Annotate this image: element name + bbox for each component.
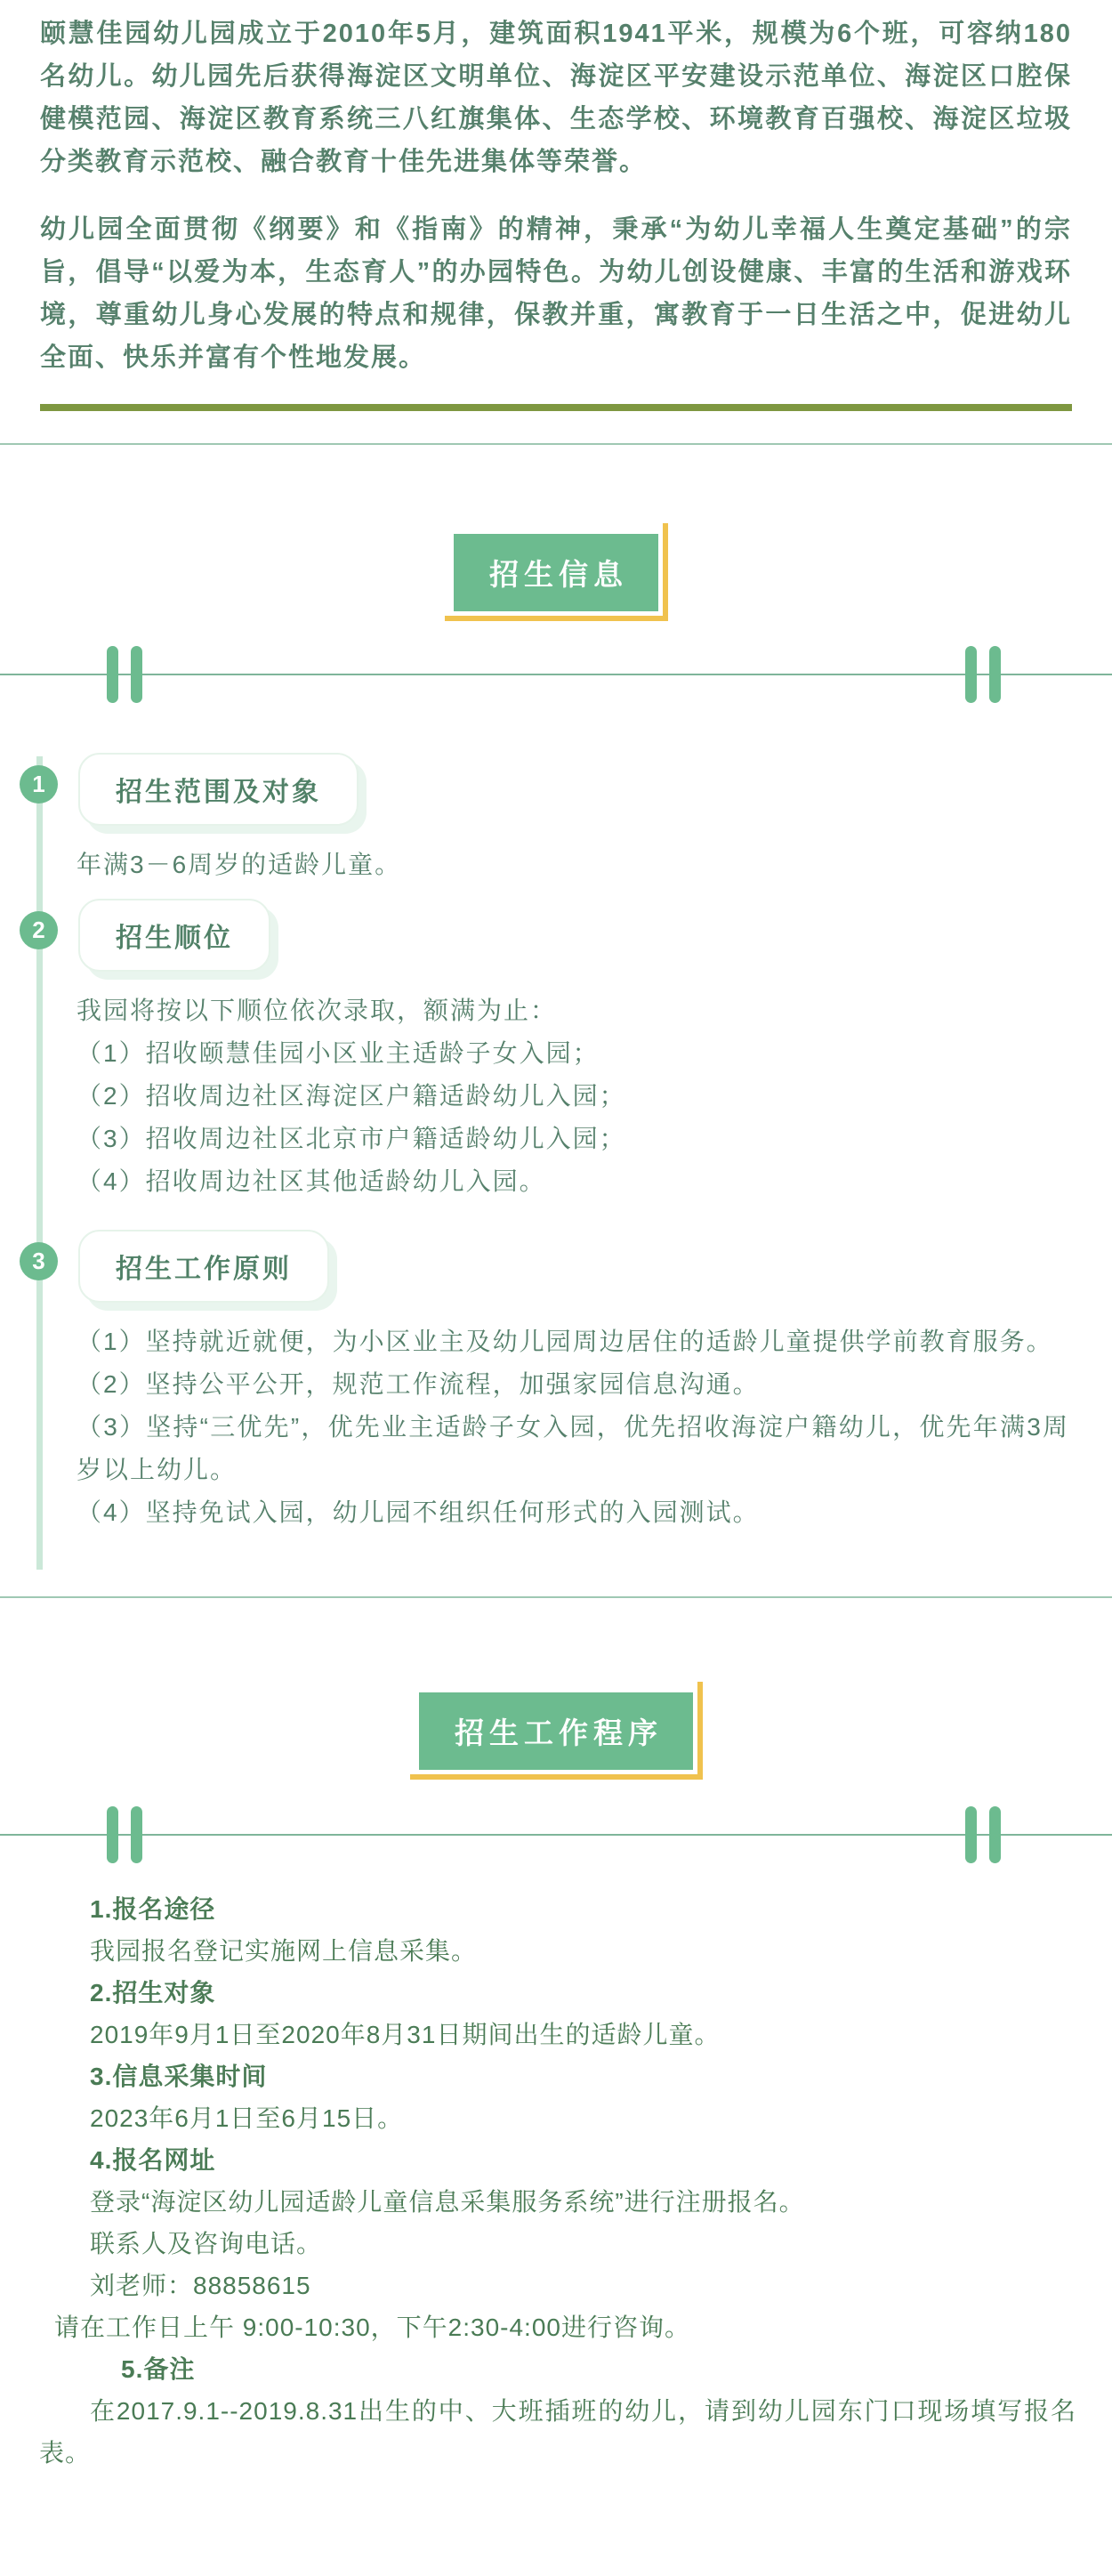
step-content: （1）坚持就近就便，为小区业主及幼儿园周边居住的适龄儿童提供学前教育服务。 （2… bbox=[77, 1320, 1069, 1534]
list-item-header: 3 招生工作原则 bbox=[0, 1230, 1112, 1303]
procedure-heading: 1.报名途径 bbox=[0, 1888, 1076, 1930]
step-text-line: （1）坚持就近就便，为小区业主及幼儿园周边居住的适龄儿童提供学前教育服务。 bbox=[77, 1320, 1069, 1363]
article-page: 颐慧佳园幼儿园成立于2010年5月，建筑面积1941平米，规模为6个班，可容纳1… bbox=[0, 0, 1112, 2527]
consult-hours-text: 请在工作日上午 9:00-10:30，下午2:30-4:00进行咨询。 bbox=[0, 2306, 1076, 2348]
list-item-header: 1 招生范围及对象 bbox=[0, 753, 1112, 826]
step-label: 招生顺位 bbox=[78, 899, 270, 972]
list-item: 2 招生顺位 我园将按以下顺位依次录取，额满为止： （1）招收颐慧佳园小区业主适… bbox=[0, 899, 1112, 1203]
step-number-badge: 1 bbox=[20, 765, 58, 803]
procedure-text: 我园报名登记实施网上信息采集。 bbox=[0, 1930, 1076, 1972]
step-text-line: （2）坚持公平公开，规范工作流程，加强家园信息沟通。 bbox=[77, 1363, 1069, 1406]
section-header-row: 招生信息 bbox=[0, 534, 1112, 614]
step-label: 招生范围及对象 bbox=[78, 753, 359, 826]
step-text-line: （1）招收颐慧佳园小区业主适龄子女入园； bbox=[77, 1032, 1069, 1075]
list-item-header: 2 招生顺位 bbox=[0, 899, 1112, 972]
procedure-heading: 5.备注 bbox=[0, 2348, 1076, 2390]
pause-bars-icon bbox=[965, 1806, 1001, 1863]
procedure-text: 在2017.9.1--2019.8.31出生的中、大班插班的幼儿，请到幼儿园东门… bbox=[0, 2390, 1076, 2474]
bar-shape bbox=[107, 1806, 118, 1863]
bar-shape bbox=[965, 1806, 977, 1863]
decorative-bars-row bbox=[0, 646, 1112, 703]
pause-bars-icon bbox=[107, 646, 142, 703]
step-content: 年满3－6周岁的适龄儿童。 bbox=[77, 844, 1069, 886]
step-number-badge: 3 bbox=[20, 1242, 58, 1280]
horizontal-rule bbox=[0, 1834, 1112, 1836]
step-text-line: （4）坚持免试入园，幼儿园不组织任何形式的入园测试。 bbox=[77, 1491, 1069, 1534]
pause-bars-icon bbox=[107, 1806, 142, 1863]
procedure-section: 1.报名途径 我园报名登记实施网上信息采集。 2.招生对象 2019年9月1日至… bbox=[0, 1863, 1112, 2527]
step-number-badge: 2 bbox=[20, 911, 58, 949]
intro-paragraph: 颐慧佳园幼儿园成立于2010年5月，建筑面积1941平米，规模为6个班，可容纳1… bbox=[40, 12, 1072, 183]
procedure-text: 2023年6月1日至6月15日。 bbox=[0, 2097, 1076, 2139]
procedure-text: 2019年9月1日至2020年8月31日期间出生的适龄儿童。 bbox=[0, 2014, 1076, 2055]
decorative-bars-row bbox=[0, 1806, 1112, 1863]
step-text-line: （3）坚持“三优先”，优先业主适龄子女入园，优先招收海淀户籍幼儿，优先年满3周岁… bbox=[77, 1406, 1069, 1491]
procedure-text: 联系人及咨询电话。 bbox=[0, 2223, 1076, 2265]
procedure-heading: 3.信息采集时间 bbox=[0, 2055, 1076, 2097]
contact-phone-text: 刘老师：88858615 bbox=[0, 2265, 1076, 2306]
section-separator-line bbox=[0, 1596, 1112, 1598]
bar-shape bbox=[131, 646, 142, 703]
pause-bars-icon bbox=[965, 646, 1001, 703]
bar-shape bbox=[989, 1806, 1001, 1863]
horizontal-rule bbox=[0, 674, 1112, 675]
step-text-line: （4）招收周边社区其他适龄幼儿入园。 bbox=[77, 1160, 1069, 1203]
procedure-heading: 4.报名网址 bbox=[0, 2139, 1076, 2181]
bar-shape bbox=[107, 646, 118, 703]
section-separator-line bbox=[0, 443, 1112, 445]
section-header-row: 招生工作程序 bbox=[0, 1692, 1112, 1773]
list-item: 1 招生范围及对象 年满3－6周岁的适龄儿童。 bbox=[0, 753, 1112, 886]
section-badge-enrollment-procedure: 招生工作程序 bbox=[419, 1692, 693, 1770]
bar-shape bbox=[989, 646, 1001, 703]
bar-shape bbox=[131, 1806, 142, 1863]
olive-divider bbox=[40, 404, 1072, 411]
intro-section: 颐慧佳园幼儿园成立于2010年5月，建筑面积1941平米，规模为6个班，可容纳1… bbox=[0, 0, 1112, 379]
step-text-line: 我园将按以下顺位依次录取，额满为止： bbox=[77, 989, 1069, 1032]
list-item: 3 招生工作原则 （1）坚持就近就便，为小区业主及幼儿园周边居住的适龄儿童提供学… bbox=[0, 1230, 1112, 1534]
step-label: 招生工作原则 bbox=[78, 1230, 329, 1303]
intro-paragraph: 幼儿园全面贯彻《纲要》和《指南》的精神，秉承“为幼儿幸福人生奠定基础”的宗旨，倡… bbox=[40, 208, 1072, 379]
procedure-heading: 2.招生对象 bbox=[0, 1972, 1076, 2014]
bar-shape bbox=[965, 646, 977, 703]
step-text-line: 年满3－6周岁的适龄儿童。 bbox=[77, 844, 1069, 886]
enrollment-info-list: 1 招生范围及对象 年满3－6周岁的适龄儿童。 2 招生顺位 我园将按以下顺位依… bbox=[0, 753, 1112, 1570]
step-text-line: （2）招收周边社区海淀区户籍适龄幼儿入园； bbox=[77, 1075, 1069, 1118]
procedure-text: 登录“海淀区幼儿园适龄儿童信息采集服务系统”进行注册报名。 bbox=[0, 2181, 1076, 2223]
step-text-line: （3）招收周边社区北京市户籍适龄幼儿入园； bbox=[77, 1118, 1069, 1160]
step-content: 我园将按以下顺位依次录取，额满为止： （1）招收颐慧佳园小区业主适龄子女入园； … bbox=[77, 989, 1069, 1203]
section-badge-enrollment-info: 招生信息 bbox=[454, 534, 658, 611]
